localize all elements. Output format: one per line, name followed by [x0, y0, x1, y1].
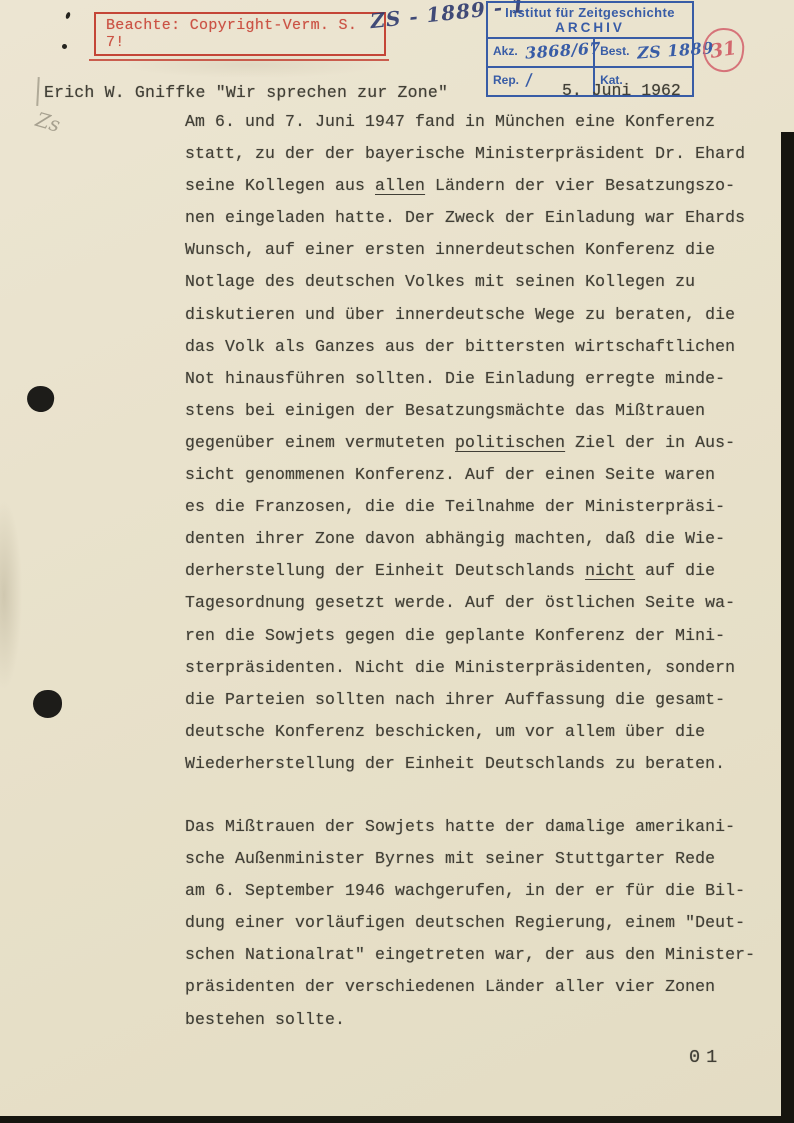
- field-akz-value: 3868/67: [524, 38, 601, 62]
- text-line: das Volk als Ganzes aus der bittersten w…: [185, 331, 775, 363]
- page-number: 01: [689, 1047, 723, 1068]
- document-title: Erich W. Gniffke "Wir sprechen zur Zone": [44, 83, 448, 102]
- text-line: schen Nationalrat" eingetreten war, der …: [185, 939, 775, 971]
- text-line: derherstellung der Einheit Deutschlands …: [185, 555, 775, 587]
- copyright-notice-text: Beachte: Copyright-Verm. S. 7!: [106, 17, 384, 51]
- hole-punch-mark: [25, 384, 56, 414]
- text-line: Wunsch, auf einer ersten innerdeutschen …: [185, 234, 775, 266]
- text-line: stens bei einigen der Besatzungsmächte d…: [185, 395, 775, 427]
- text-line: Notlage des deutschen Volkes mit seinen …: [185, 266, 775, 298]
- text-line: bestehen sollte.: [185, 1004, 775, 1036]
- text-line: ren die Sowjets gegen die geplante Konfe…: [185, 620, 775, 652]
- ink-speck: [62, 44, 67, 49]
- scanned-document-page: Beachte: Copyright-Verm. S. 7! ZS - 1889…: [0, 0, 794, 1123]
- paper-stain: [0, 500, 22, 690]
- paragraph: Das Mißtrauen der Sowjets hatte der dama…: [185, 811, 775, 1036]
- text-line: diskutieren und über innerdeutsche Wege …: [185, 299, 775, 331]
- text-line: sicht genommenen Konferenz. Auf der eine…: [185, 459, 775, 491]
- text-line: Wiederherstellung der Einheit Deutschlan…: [185, 748, 775, 780]
- text-line: seine Kollegen aus allen Ländern der vie…: [185, 170, 775, 202]
- pencil-margin-line: [36, 77, 40, 106]
- text-line: sche Außenminister Byrnes mit seiner Stu…: [185, 843, 775, 875]
- text-block: Am 6. und 7. Juni 1947 fand in München e…: [185, 106, 775, 1036]
- document-date: 5. Juni 1962: [562, 81, 681, 100]
- field-akz-label: Akz.: [493, 41, 518, 58]
- text-line: gegenüber einem vermuteten politischen Z…: [185, 427, 775, 459]
- pencil-annotation: Zs: [33, 107, 63, 137]
- field-rep-label: Rep.: [493, 70, 519, 87]
- text-line: es die Franzosen, die die Teilnahme der …: [185, 491, 775, 523]
- text-line: sterpräsidenten. Nicht die Ministerpräsi…: [185, 652, 775, 684]
- field-best-label: Best.: [600, 41, 629, 58]
- text-line: Tagesordnung gesetzt werde. Auf der östl…: [185, 587, 775, 619]
- text-line: deutsche Konferenz beschicken, um vor al…: [185, 716, 775, 748]
- text-line: statt, zu der der bayerische Ministerprä…: [185, 138, 775, 170]
- text-line: denten ihrer Zone davon abhängig machten…: [185, 523, 775, 555]
- text-line: die Parteien sollten nach ihrer Auffassu…: [185, 684, 775, 716]
- text-line: Das Mißtrauen der Sowjets hatte der dama…: [185, 811, 775, 843]
- scan-edge-right: [781, 132, 794, 1123]
- field-rep-value: /: [526, 70, 534, 89]
- archive-institution-name: Institut für Zeitgeschichte: [490, 5, 690, 20]
- text-line: präsidenten der verschiedenen Länder all…: [185, 971, 775, 1003]
- field-best: Best. ZS 1889: [595, 39, 692, 68]
- field-akz: Akz. 3868/67: [488, 39, 595, 68]
- archive-stamp-header: Institut für Zeitgeschichte ARCHIV: [488, 3, 692, 39]
- archive-department-name: ARCHIV: [490, 20, 690, 35]
- red-circled-number: 31: [700, 26, 746, 75]
- scan-edge-bottom: [0, 1116, 794, 1123]
- text-line: am 6. September 1946 wachgerufen, in der…: [185, 875, 775, 907]
- ink-speck: [65, 12, 71, 20]
- hole-punch-mark: [33, 690, 62, 718]
- text-line: dung einer vorläufigen deutschen Regieru…: [185, 907, 775, 939]
- copyright-notice-stamp: Beachte: Copyright-Verm. S. 7!: [94, 12, 386, 56]
- text-line: Not hinausführen sollten. Die Einladung …: [185, 363, 775, 395]
- paragraph: Am 6. und 7. Juni 1947 fand in München e…: [185, 106, 775, 780]
- text-line: nen eingeladen hatte. Der Zweck der Einl…: [185, 202, 775, 234]
- text-line: Am 6. und 7. Juni 1947 fand in München e…: [185, 106, 775, 138]
- circled-number-value: 31: [709, 37, 739, 63]
